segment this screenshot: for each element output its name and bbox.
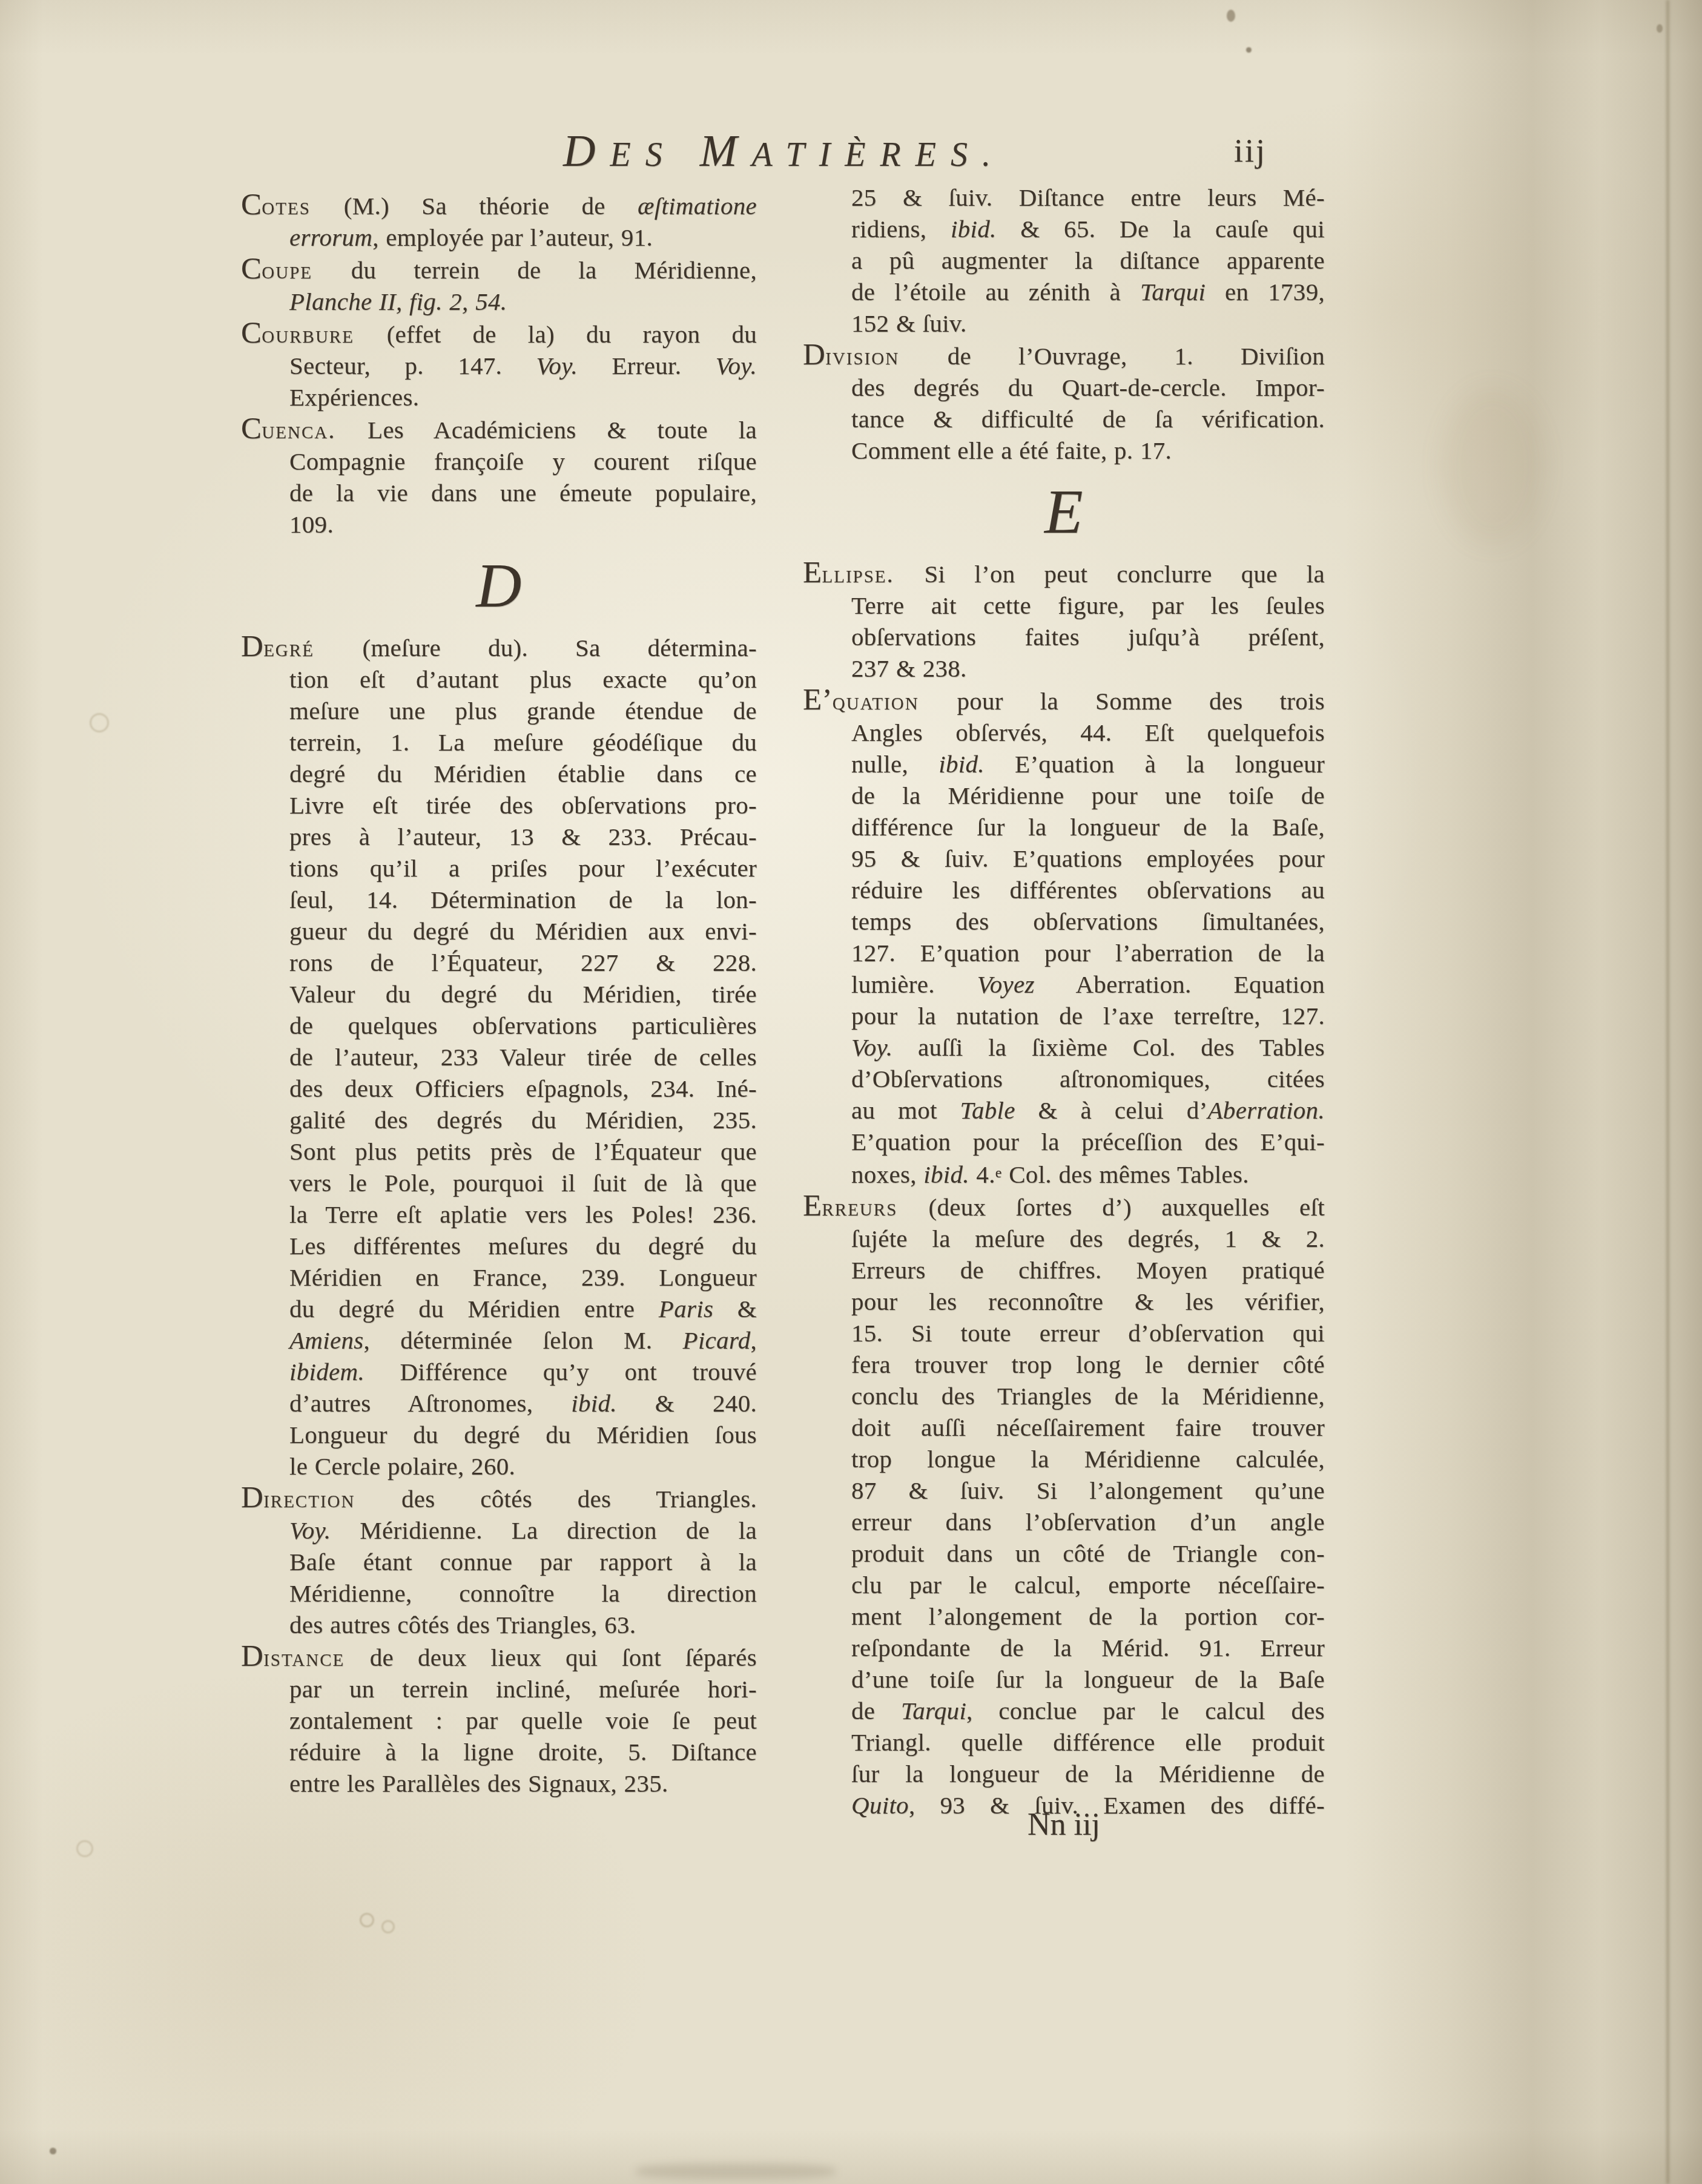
text-segment: C (241, 412, 262, 446)
text-segment: pres à l’auteur, 13 & 233. Précau- (289, 823, 757, 850)
index-line: Livre eſt tirée des obſervations pro- (241, 789, 757, 821)
text-segment: Expériences. (289, 383, 419, 411)
index-line: réduire à la ligne droite, 5. Diſtance (241, 1736, 757, 1768)
text-segment: , conclue par le calcul des (966, 1697, 1325, 1725)
text-segment: trop longue la Méridienne calculée, (851, 1445, 1325, 1473)
index-line: ment l’alongement de la portion cor- (803, 1600, 1325, 1632)
text-segment: réduire les différentes obſervations au (851, 876, 1325, 904)
index-line: Erreurs (deux ſortes d’) auxquelles eſt (803, 1190, 1325, 1223)
index-line: Méridienne, connoître la direction (241, 1577, 757, 1609)
text-segment: 87 & ſuiv. Si l’alongement qu’une (851, 1476, 1325, 1504)
text-segment: Erreurs de chiffres. Moyen pratiqué (851, 1256, 1325, 1284)
text-segment: de l’auteur, 233 Valeur tirée de celles (289, 1043, 757, 1071)
text-segment: reſpondante de la Mérid. 91. Erreur (851, 1634, 1325, 1662)
text-segment: C (241, 188, 262, 222)
text-segment: Différence qu’y ont trouvé (364, 1358, 757, 1386)
index-line: 95 & ſuiv. E’quations employées pour (803, 843, 1325, 874)
text-segment: 25 & ſuiv. Diſtance entre leurs Mé- (851, 183, 1325, 211)
index-line: conclu des Triangles de la Méridienne, (803, 1380, 1325, 1412)
text-segment: & (713, 1295, 757, 1323)
index-line: Voy. Méridienne. La direction de la (241, 1515, 757, 1546)
scan-speck (1657, 24, 1663, 33)
index-line: terrein, 1. La meſure géodéſique du (241, 726, 757, 758)
index-line: noxes, ibid. 4.e Col. des mêmes Tables. (803, 1157, 1325, 1190)
index-line: par un terrein incliné, meſurée hori- (241, 1673, 757, 1705)
index-line: le Cercle polaire, 260. (241, 1450, 757, 1482)
index-line: galité des degrés du Méridien, 235. (241, 1104, 757, 1136)
text-segment: uenca. (262, 416, 368, 444)
index-line: des deux Officiers eſpagnols, 234. Iné- (241, 1073, 757, 1104)
text-segment: pour la Somme des trois (957, 687, 1325, 715)
text-segment: E’quation à la longueur (985, 750, 1325, 778)
text-segment: (M.) Sa théorie de (344, 192, 638, 220)
text-segment: Comment elle a été faite, p. 17. (851, 436, 1172, 464)
text-segment: oupe (262, 256, 351, 284)
index-line: rons de l’Équateur, 227 & 228. (241, 947, 757, 978)
index-line: de l’auteur, 233 Valeur tirée de celles (241, 1041, 757, 1073)
text-segment: rreurs (822, 1193, 928, 1221)
index-line: entre les Parallèles des Signaux, 235. (241, 1768, 757, 1799)
index-line: vers le Pole, pourquoi il ſuit de là que (241, 1167, 757, 1199)
index-line: la Terre eſt aplatie vers les Poles! 236… (241, 1199, 757, 1230)
index-line: des autres côtés des Triangles, 63. (241, 1609, 757, 1640)
text-segment: Tarqui (901, 1697, 966, 1725)
index-line: Cuenca. Les Académiciens & toute la (241, 413, 757, 446)
text-segment: tance & difficulté de ſa vérification. (851, 405, 1325, 433)
text-segment: Picard (683, 1326, 751, 1354)
text-segment: fera trouver trop long le dernier côté (851, 1350, 1325, 1378)
page-number: iij (1234, 132, 1267, 169)
index-line: tance & difficulté de ſa vérification. (803, 403, 1325, 435)
index-line: Valeur du degré du Méridien, tirée (241, 978, 757, 1010)
text-segment: Sont plus petits près de l’Équateur que (289, 1137, 757, 1165)
index-line: errorum, employée par l’auteur, 91. (241, 222, 757, 253)
index-line: Distance de deux lieux qui ſont ſéparés (241, 1640, 757, 1673)
index-column-left: Cotes (M.) Sa théorie de æſtimationeerro… (241, 189, 757, 1799)
text-segment: pour les reconnoître & les vérifier, (851, 1288, 1325, 1315)
scan-speck (1246, 47, 1252, 53)
text-segment: du terrein de la Méridienne, (351, 256, 757, 284)
text-segment: D (241, 1481, 263, 1515)
text-segment: galité des degrés du Méridien, 235. (289, 1106, 757, 1134)
text-segment: tion eſt d’autant plus exacte qu’on (289, 665, 757, 693)
text-segment: otes (262, 192, 344, 220)
text-segment: des deux Officiers eſpagnols, 234. Iné- (289, 1074, 757, 1102)
text-segment: réduire à la ligne droite, 5. Diſtance (289, 1738, 757, 1766)
text-segment: gueur du degré du Méridien aux envi- (289, 917, 757, 945)
text-segment: Angles obſervés, 44. Eſt quelquefois (851, 719, 1325, 746)
text-segment: ibid. (951, 215, 997, 243)
scan-speck (381, 1920, 395, 1933)
text-segment: d’Obſervations aſtronomiques, citées (851, 1065, 1325, 1093)
text-segment: llipse. (822, 560, 924, 588)
text-segment: des degrés du Quart-de-cercle. Impor- (851, 373, 1325, 401)
text-segment: 109. (289, 510, 334, 538)
text-segment: Col. des mêmes Tables. (1002, 1160, 1249, 1188)
index-line: de quelques obſervations particulières (241, 1010, 757, 1041)
index-line: pres à l’auteur, 13 & 233. Précau- (241, 821, 757, 852)
text-segment: ibid. (571, 1389, 617, 1417)
index-line: degré du Méridien établie dans ce (241, 758, 757, 789)
text-segment: de l’Ouvrage, 1. Diviſion (948, 342, 1325, 370)
text-segment: Méridienne, connoître la direction (289, 1579, 757, 1607)
index-line: Expériences. (241, 381, 757, 413)
text-segment: & 240. (617, 1389, 757, 1417)
index-line: tions qu’il a priſes pour l’exécuter (241, 852, 757, 884)
text-segment: 4. (969, 1160, 995, 1188)
index-line: meſure une plus grande étendue de (241, 695, 757, 726)
index-line: Méridien en France, 239. Longueur (241, 1261, 757, 1293)
text-segment: E’quation pour la préceſſion des E’qui- (851, 1128, 1325, 1156)
text-segment: clu par le calcul, emporte néceſſaire- (851, 1571, 1325, 1599)
index-line: ibidem. Différence qu’y ont trouvé (241, 1356, 757, 1387)
text-segment: ivision (825, 342, 948, 370)
index-line: 152 & ſuiv. (803, 308, 1325, 339)
text-segment: ourbure (262, 320, 386, 348)
text-segment: des côtés des Triangles. (401, 1485, 757, 1513)
index-line: Angles obſervés, 44. Eſt quelquefois (803, 717, 1325, 748)
text-segment: ibidem. (289, 1358, 364, 1386)
text-segment: quation (833, 687, 957, 715)
index-line: ſeul, 14. Détermination de la lon- (241, 884, 757, 915)
page-title-segment: M (700, 127, 752, 176)
index-line: ſujéte la meſure des degrés, 1 & 2. (803, 1223, 1325, 1254)
index-line: Terre ait cette figure, par les ſeules (803, 590, 1325, 621)
text-segment: de l’étoile au zénith à (851, 278, 1140, 306)
scan-speck (90, 713, 109, 732)
index-line: de la vie dans une émeute populaire, (241, 477, 757, 508)
text-segment: noxes, (851, 1160, 923, 1188)
text-segment: D (241, 1639, 263, 1673)
text-segment: Valeur du degré du Méridien, tirée (289, 980, 757, 1008)
text-segment: la Terre eſt aplatie vers les Poles! 236… (289, 1200, 757, 1228)
printers-signature: Nn iij (803, 1807, 1325, 1843)
text-segment: egré (263, 634, 362, 662)
text-segment: , déterminée ſelon M. (364, 1326, 683, 1354)
text-segment: Voy. (536, 352, 578, 380)
page-title-segment: ES (610, 136, 700, 174)
text-segment: obſervations faites juſqu’à préſent, (851, 623, 1325, 651)
index-line: Secteur, p. 147. Voy. Erreur. Voy. (241, 350, 757, 381)
text-segment: de quelques obſervations particulières (289, 1011, 757, 1039)
text-segment: différence ſur la longueur de la Baſe, (851, 813, 1325, 841)
page-title-segment: D (563, 127, 610, 176)
index-column-right: 25 & ſuiv. Diſtance entre leurs Mé-ridie… (803, 182, 1325, 1821)
text-segment: Méridien en France, 239. Longueur (289, 1263, 757, 1291)
text-segment: , employée par l’auteur, 91. (372, 223, 653, 251)
index-line: 237 & 238. (803, 653, 1325, 684)
index-line: doit auſſi néceſſairement faire trouver (803, 1412, 1325, 1443)
text-segment: Voy. (716, 352, 757, 380)
index-line: 15. Si toute erreur d’obſervation qui (803, 1317, 1325, 1349)
index-line: fera trouver trop long le dernier côté (803, 1349, 1325, 1380)
scan-stain (636, 2163, 836, 2179)
text-segment: de deux lieux qui ſont ſéparés (370, 1643, 757, 1671)
index-line: Comment elle a été faite, p. 17. (803, 435, 1325, 466)
index-line: ridiens, ibid. & 65. De la cauſe qui (803, 213, 1325, 245)
text-segment: 237 & 238. (851, 654, 967, 682)
index-line: 25 & ſuiv. Diſtance entre leurs Mé- (803, 182, 1325, 213)
index-line: trop longue la Méridienne calculée, (803, 1443, 1325, 1475)
text-segment: ibid. (923, 1160, 969, 1188)
text-segment: au mot (851, 1096, 960, 1124)
text-segment: de (851, 1697, 901, 1725)
text-segment: istance (263, 1643, 370, 1671)
index-line: des degrés du Quart-de-cercle. Impor- (803, 372, 1325, 403)
text-segment: 15. Si toute erreur d’obſervation qui (851, 1319, 1325, 1347)
text-segment: (deux ſortes d’) auxquelles eſt (928, 1193, 1325, 1221)
text-segment: (meſure du). Sa détermina- (362, 634, 757, 662)
text-segment: 95 & ſuiv. E’quations employées pour (851, 844, 1325, 872)
text-segment: E (803, 1189, 822, 1223)
text-segment: Voy. (289, 1516, 331, 1544)
index-line: de Tarqui, conclue par le calcul des (803, 1695, 1325, 1726)
text-segment: temps des obſervations ſimultanées, (851, 907, 1325, 935)
text-segment: Si l’on peut conclurre que la (924, 560, 1325, 588)
index-line: 87 & ſuiv. Si l’alongement qu’une (803, 1475, 1325, 1506)
index-line: temps des obſervations ſimultanées, (803, 906, 1325, 937)
text-segment: tions qu’il a priſes pour l’exécuter (289, 854, 757, 882)
text-segment: ibid. (938, 750, 985, 778)
text-segment: Terre ait cette figure, par les ſeules (851, 591, 1325, 619)
text-segment: Baſe étant connue par rapport à la (289, 1548, 757, 1576)
text-segment: Méridienne. La direction de la (331, 1516, 757, 1544)
index-line: d’Obſervations aſtronomiques, citées (803, 1063, 1325, 1094)
index-line: de l’étoile au zénith à Tarqui en 1739, (803, 276, 1325, 308)
book-page: DES MATIÈRES. iij Cotes (M.) Sa théorie … (0, 0, 1702, 2184)
text-segment: de la vie dans une émeute populaire, (289, 479, 757, 507)
text-segment: 127. E’quation pour l’aberration de la (851, 939, 1325, 967)
text-segment: de la Méridienne pour une toiſe de (851, 781, 1325, 809)
index-line: Direction des côtés des Triangles. (241, 1482, 757, 1515)
text-segment: auſſi la ſixième Col. des Tables (892, 1033, 1325, 1061)
text-segment: Compagnie françoiſe y courent riſque (289, 447, 757, 475)
scan-speck (50, 2148, 56, 2154)
text-segment: Voyez (977, 970, 1035, 998)
index-line: Les différentes meſures du degré du (241, 1230, 757, 1261)
index-line: réduire les différentes obſervations au (803, 874, 1325, 906)
text-segment: le Cercle polaire, 260. (289, 1452, 515, 1480)
page-edge-shadow (1666, 0, 1669, 2184)
index-line: Erreurs de chiffres. Moyen pratiqué (803, 1254, 1325, 1286)
index-line: reſpondante de la Mérid. 91. Erreur (803, 1632, 1325, 1663)
text-segment: Les différentes meſures du degré du (289, 1232, 757, 1260)
index-line: Compagnie françoiſe y courent riſque (241, 446, 757, 477)
text-segment: a pû augmenter la diſtance apparente (851, 246, 1325, 274)
index-line: a pû augmenter la diſtance apparente (803, 245, 1325, 276)
text-segment: D (803, 338, 825, 372)
section-letter: D (241, 552, 757, 620)
index-line: Voy. auſſi la ſixième Col. des Tables (803, 1031, 1325, 1063)
index-line: E’quation pour la préceſſion des E’qui- (803, 1126, 1325, 1157)
text-segment: ment l’alongement de la portion cor- (851, 1602, 1325, 1630)
text-segment: Livre eſt tirée des obſervations pro- (289, 791, 757, 819)
text-segment: du degré du Méridien entre (289, 1295, 659, 1323)
text-segment: Erreur. (578, 352, 716, 380)
text-segment: entre les Parallèles des Signaux, 235. (289, 1769, 668, 1797)
text-segment: en 1739, (1206, 278, 1325, 306)
index-line: gueur du degré du Méridien aux envi- (241, 915, 757, 947)
index-line: Baſe étant connue par rapport à la (241, 1546, 757, 1577)
text-segment: vers le Pole, pourquoi il ſuit de là que (289, 1169, 757, 1197)
index-line: d’une toiſe ſur la longueur de la Baſe (803, 1663, 1325, 1695)
index-line: Coupe du terrein de la Méridienne, (241, 253, 757, 286)
text-segment: Aberration. Equation (1035, 970, 1325, 998)
text-segment: Planche II, fig. 2, 54. (289, 288, 507, 315)
text-segment: lumière. (851, 970, 977, 998)
index-line: Division de l’Ouvrage, 1. Diviſion (803, 339, 1325, 372)
text-segment: zontalement : par quelle voie ſe peut (289, 1706, 757, 1734)
index-line: lumière. Voyez Aberration. Equation (803, 969, 1325, 1000)
text-segment: par un terrein incliné, meſurée hori- (289, 1675, 757, 1703)
text-segment: nulle, (851, 750, 938, 778)
text-segment: Longueur du degré du Méridien ſous (289, 1421, 757, 1449)
text-segment: Aberration. (1207, 1096, 1325, 1124)
index-line: tion eſt d’autant plus exacte qu’on (241, 663, 757, 695)
text-segment: errorum (289, 223, 372, 251)
text-segment: ſeul, 14. Détermination de la lon- (289, 886, 757, 913)
index-line: 127. E’quation pour l’aberration de la (803, 937, 1325, 969)
text-segment: erreur dans l’obſervation d’un angle (851, 1508, 1325, 1536)
index-line: différence ſur la longueur de la Baſe, (803, 811, 1325, 843)
scan-speck (1227, 10, 1235, 22)
text-segment: Secteur, p. 147. (289, 352, 536, 380)
text-segment: C (241, 316, 262, 350)
text-segment: Table (960, 1096, 1015, 1124)
text-segment: Voy. (851, 1033, 892, 1061)
index-line: Amiens, déterminée ſelon M. Picard, (241, 1324, 757, 1356)
index-line: 109. (241, 508, 757, 540)
text-segment: C (241, 252, 262, 286)
index-line: Longueur du degré du Méridien ſous (241, 1419, 757, 1450)
text-segment: D (241, 630, 263, 663)
text-segment: Amiens (289, 1326, 364, 1354)
text-segment: Tarqui (1140, 278, 1206, 306)
index-line: pour la nutation de l’axe terreſtre, 127… (803, 1000, 1325, 1031)
index-line: obſervations faites juſqu’à préſent, (803, 621, 1325, 653)
index-line: nulle, ibid. E’quation à la longueur (803, 748, 1325, 780)
scan-stain (1441, 387, 1544, 545)
text-segment: produit dans un côté de Triangle con- (851, 1539, 1325, 1567)
text-segment: des autres côtés des Triangles, 63. (289, 1611, 636, 1639)
index-line: E’quation pour la Somme des trois (803, 684, 1325, 717)
text-segment: Les Académiciens & toute la (368, 416, 757, 444)
index-line: du degré du Méridien entre Paris & (241, 1293, 757, 1324)
text-segment: pour la nutation de l’axe terreſtre, 127… (851, 1002, 1325, 1030)
text-segment: ridiens, (851, 215, 951, 243)
index-line: zontalement : par quelle voie ſe peut (241, 1705, 757, 1736)
text-segment: d’une toiſe ſur la longueur de la Baſe (851, 1665, 1325, 1693)
text-segment: & à celui d’ (1015, 1096, 1208, 1124)
index-line: d’autres Aſtronomes, ibid. & 240. (241, 1387, 757, 1419)
index-line: de la Méridienne pour une toiſe de (803, 780, 1325, 811)
text-segment: degré du Méridien établie dans ce (289, 760, 757, 788)
text-segment: & 65. De la cauſe qui (997, 215, 1325, 243)
text-segment: æſtimatione (638, 192, 757, 220)
text-segment: (effet de la) du rayon du (387, 320, 757, 348)
text-segment: rons de l’Équateur, 227 & 228. (289, 949, 757, 976)
text-segment: Paris (659, 1295, 713, 1323)
index-line: Degré (meſure du). Sa détermina- (241, 631, 757, 663)
index-line: produit dans un côté de Triangle con- (803, 1538, 1325, 1569)
index-line: erreur dans l’obſervation d’un angle (803, 1506, 1325, 1538)
running-header: DES MATIÈRES. (242, 126, 1326, 177)
page-title-segment: ATIÈRES. (751, 136, 1005, 174)
text-segment: terrein, 1. La meſure géodéſique du (289, 728, 757, 756)
page-title: DES MATIÈRES. (563, 158, 1005, 168)
index-line: ſur la longueur de la Méridienne de (803, 1758, 1325, 1789)
index-line: Courbure (effet de la) du rayon du (241, 317, 757, 350)
index-line: Sont plus petits près de l’Équateur que (241, 1136, 757, 1167)
text-segment: 152 & ſuiv. (851, 309, 967, 337)
scan-speck (360, 1913, 374, 1927)
text-segment: meſure une plus grande étendue de (289, 697, 757, 725)
scan-speck (76, 1840, 93, 1857)
index-line: Ellipse. Si l’on peut conclurre que la (803, 557, 1325, 590)
text-segment: ſujéte la meſure des degrés, 1 & 2. (851, 1225, 1325, 1252)
index-line: clu par le calcul, emporte néceſſaire- (803, 1569, 1325, 1600)
index-line: pour les reconnoître & les vérifier, (803, 1286, 1325, 1317)
index-line: au mot Table & à celui d’Aberration. (803, 1094, 1325, 1126)
text-segment: Triangl. quelle différence elle produit (851, 1728, 1325, 1756)
text-segment: , (750, 1326, 757, 1354)
text-segment: E (803, 556, 822, 590)
section-letter: E (803, 478, 1325, 546)
text-segment: conclu des Triangles de la Méridienne, (851, 1382, 1325, 1410)
index-line: Triangl. quelle différence elle produit (803, 1726, 1325, 1758)
index-line: Planche II, fig. 2, 54. (241, 286, 757, 317)
text-segment: E’ (803, 683, 833, 717)
index-line: Cotes (M.) Sa théorie de æſtimatione (241, 189, 757, 222)
text-segment: doit auſſi néceſſairement faire trouver (851, 1413, 1325, 1441)
text-segment: e (995, 1165, 1002, 1181)
text-segment: irection (263, 1485, 401, 1513)
text-segment: d’autres Aſtronomes, (289, 1389, 571, 1417)
text-segment: ſur la longueur de la Méridienne de (851, 1760, 1325, 1788)
